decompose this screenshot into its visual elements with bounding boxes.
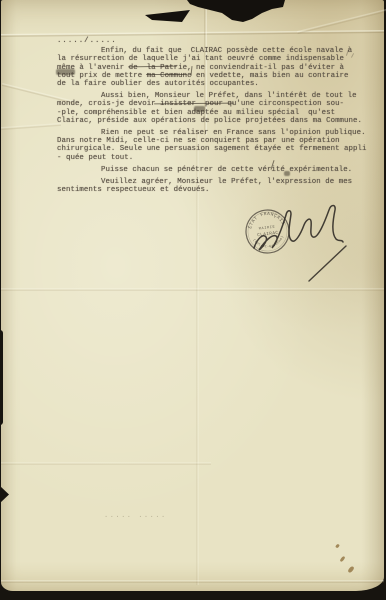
paragraph: Puisse chacun se pénétrer de cette vérit…: [57, 166, 373, 174]
letter-line: de la faire oublier des autorités occupa…: [57, 80, 373, 88]
signature-flourish: [309, 246, 346, 281]
paper-tear: [0, 0, 386, 32]
foxing-spot: [335, 544, 340, 549]
foxing-spot: [340, 556, 346, 563]
torn-notch: [0, 486, 9, 503]
letter-line: Rien ne peut se réaliser en France sans …: [57, 129, 373, 137]
torn-edge: [0, 330, 3, 425]
letter-line: tout prix de mettre ma Commune en vedett…: [57, 72, 373, 80]
ink-smudge: [56, 69, 75, 75]
ghost-dots: ..... .....: [104, 512, 167, 520]
paragraph: Rien ne peut se réaliser en France sans …: [57, 129, 373, 162]
foxing-spot: [347, 566, 354, 574]
paragraph: Veuillez agréer, Monsieur le Préfet, l'e…: [57, 178, 373, 194]
letter-line: - quée peut tout.: [57, 154, 373, 162]
letter-line: -ple, compréhensible et bien adaptée au …: [57, 109, 373, 117]
ink-smudge: [284, 171, 290, 176]
letter-line: Puisse chacun se pénétrer de cette vérit…: [57, 166, 373, 174]
signature-stroke: [254, 206, 343, 251]
crease: [1, 462, 211, 465]
paragraph: Enfin, du fait que CLAIRAC possède cette…: [57, 47, 373, 88]
paper: ...../..... Enfin, du fait que CLAIRAC p…: [1, 0, 384, 591]
letter-line: chirurgicale. Seule une persuasion sagem…: [57, 145, 373, 153]
letter-text: ...../..... Enfin, du fait que CLAIRAC p…: [57, 37, 373, 198]
paragraph: Aussi bien, Monsieur le Préfet, dans l'i…: [57, 92, 373, 125]
ink-smudge: [194, 106, 205, 112]
document-photo: ...../..... Enfin, du fait que CLAIRAC p…: [0, 0, 386, 600]
crease: [1, 580, 384, 583]
letter-line: même à l'avenir de la Patrie, ne convien…: [57, 64, 373, 72]
letter-line: la résurrection de laquelle j'ai tant oe…: [57, 55, 373, 63]
crease: [1, 123, 61, 130]
signature: [241, 195, 356, 290]
letter-line: Clairac, préside aux opérations de polic…: [57, 117, 373, 125]
letter-line: monde, crois-je devoir insister pour qu'…: [57, 100, 373, 108]
letter-line: sentiments respectueux et dévoués.: [57, 186, 373, 194]
continuation-mark: ...../.....: [57, 37, 373, 45]
